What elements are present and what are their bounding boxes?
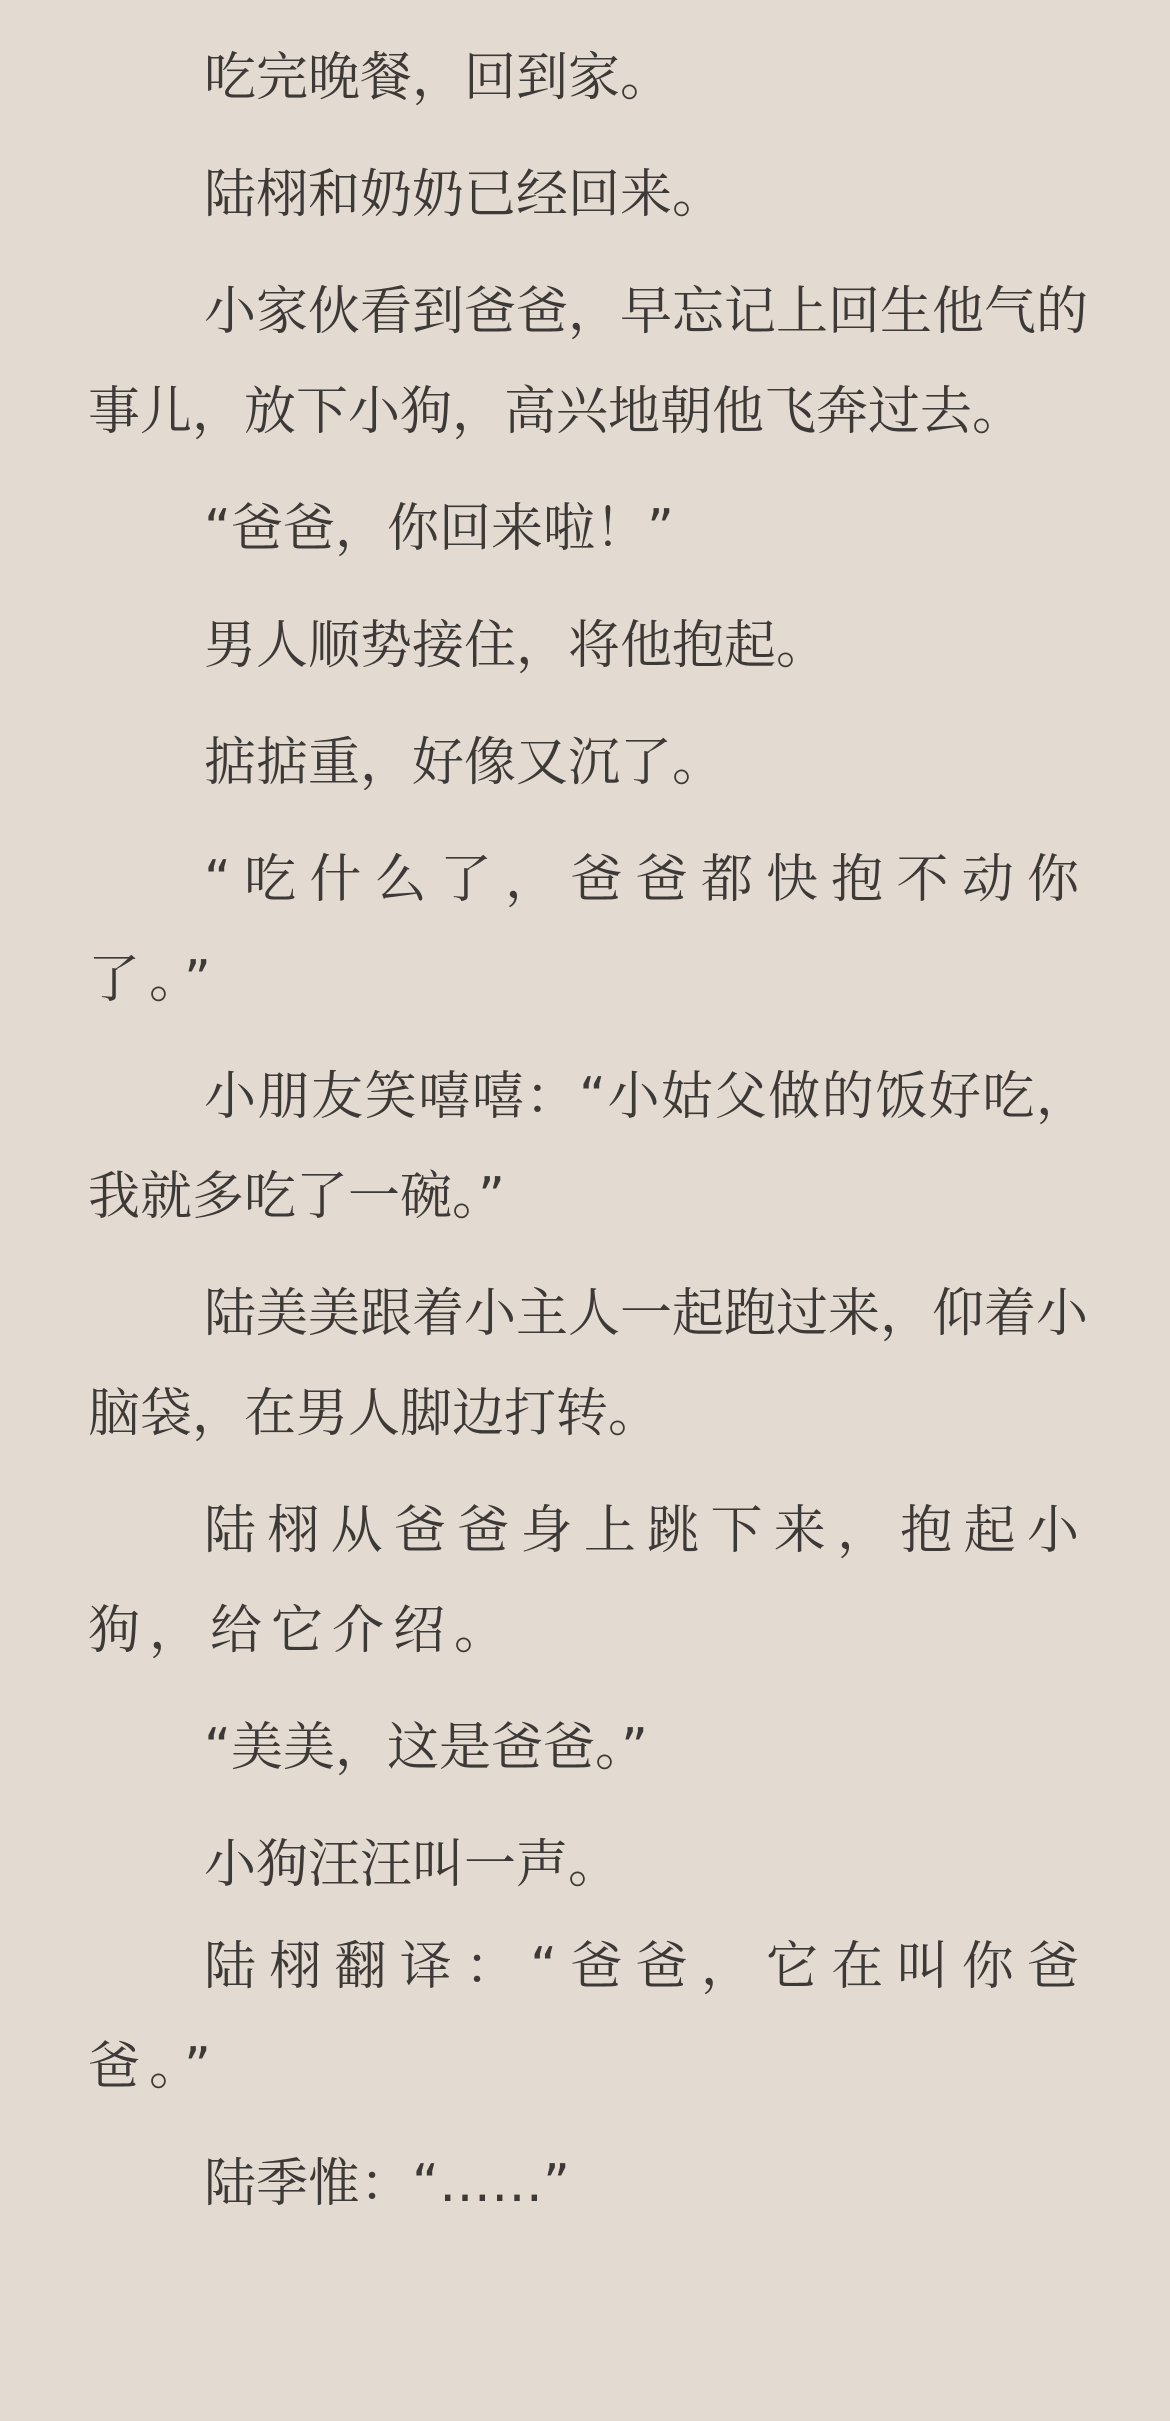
paragraph: 男人顺势接住，将他抱起。 bbox=[88, 596, 1088, 696]
paragraph: 小家伙看到爸爸，早忘记上回生他气的事儿，放下小狗，高兴地朝他飞奔过去。 bbox=[88, 262, 1088, 462]
paragraph-dialogue: “美美，这是爸爸。” bbox=[88, 1698, 1088, 1798]
paragraph: 掂掂重，好像又沉了。 bbox=[88, 713, 1088, 813]
paragraph: 小朋友笑嘻嘻：“小姑父做的饭好吃，我就多吃了一碗。” bbox=[88, 1047, 1088, 1247]
paragraph: 陆美美跟着小主人一起跑过来，仰着小脑袋，在男人脚边打转。 bbox=[88, 1264, 1088, 1464]
paragraph: 吃完晚餐，回到家。 bbox=[88, 28, 1088, 128]
paragraph-dialogue: “吃什么了，爸爸都快抱不动你了。” bbox=[88, 830, 1088, 1030]
paragraph-dialogue: “爸爸，你回来啦！” bbox=[88, 479, 1088, 579]
paragraph: 陆栩从爸爸身上跳下来，抱起小狗，给它介绍。 bbox=[88, 1481, 1088, 1681]
paragraph: 陆栩和奶奶已经回来。 bbox=[88, 145, 1088, 245]
paragraph: 陆栩翻译：“爸爸，它在叫你爸爸。” bbox=[88, 1917, 1088, 2117]
reader-page: 吃完晚餐，回到家。 陆栩和奶奶已经回来。 小家伙看到爸爸，早忘记上回生他气的事儿… bbox=[0, 0, 1170, 2421]
paragraph: 陆季惟：“……” bbox=[88, 2134, 1088, 2234]
paragraph: 小狗汪汪叫一声。 bbox=[88, 1815, 1088, 1915]
